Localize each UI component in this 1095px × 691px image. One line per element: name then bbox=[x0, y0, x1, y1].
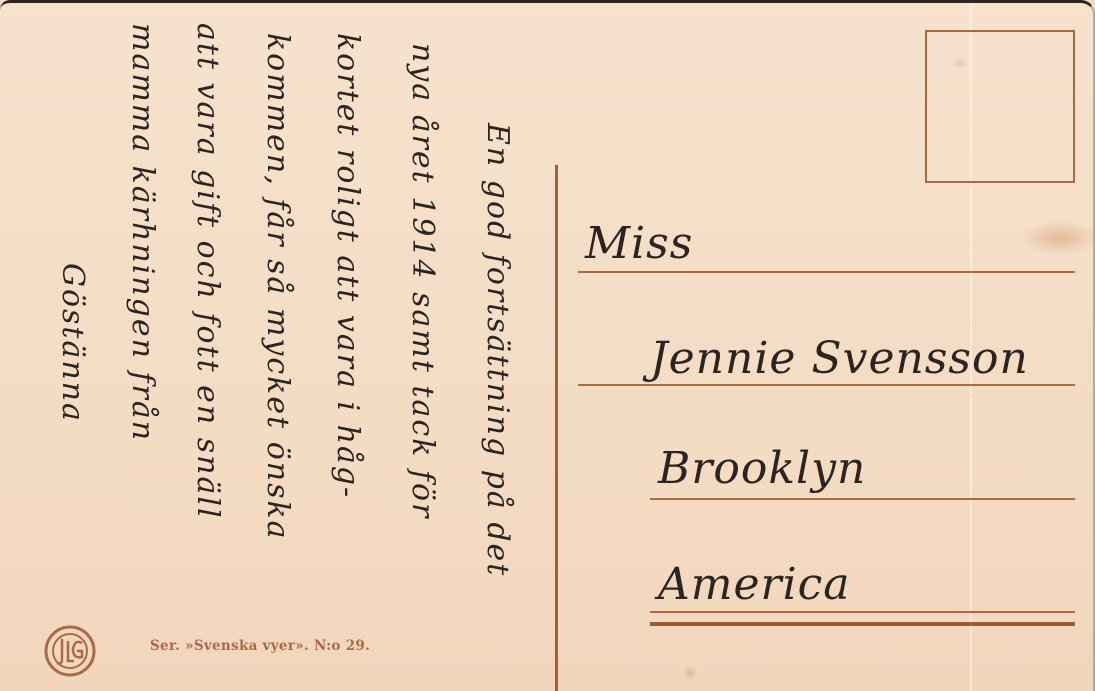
message-address-divider bbox=[555, 165, 558, 691]
address-rule-2 bbox=[578, 384, 1075, 386]
postcard-back: Miss Jennie Svensson Brooklyn America En… bbox=[0, 0, 1095, 691]
series-imprint: Ser. »Svenska vyer». N:o 29. bbox=[150, 638, 370, 654]
address-rule-4 bbox=[650, 611, 1075, 613]
address-country: America bbox=[658, 559, 851, 610]
publisher-logo-icon bbox=[42, 625, 98, 677]
message-line-3: kortet roligt att vara i håg- bbox=[330, 33, 365, 499]
address-rule-3 bbox=[650, 498, 1075, 500]
message-line-5: att vara gift och fott en snäll bbox=[190, 23, 225, 520]
address-recipient-name: Jennie Svensson bbox=[650, 333, 1029, 384]
address-rule-bottom bbox=[650, 622, 1075, 626]
message-line-6: mamma kärhningen från bbox=[125, 23, 160, 442]
message-line-4: kommen, får så mycket önska bbox=[260, 33, 295, 541]
message-line-2: nya året 1914 samt tack för bbox=[405, 43, 440, 519]
address-rule-1 bbox=[578, 271, 1075, 273]
address-city: Brooklyn bbox=[658, 443, 866, 494]
message-line-1: En god fortsättning på det bbox=[480, 123, 515, 577]
message-signature: Göstänna bbox=[55, 263, 90, 423]
address-salutation: Miss bbox=[585, 218, 693, 269]
stamp-box bbox=[925, 30, 1075, 183]
